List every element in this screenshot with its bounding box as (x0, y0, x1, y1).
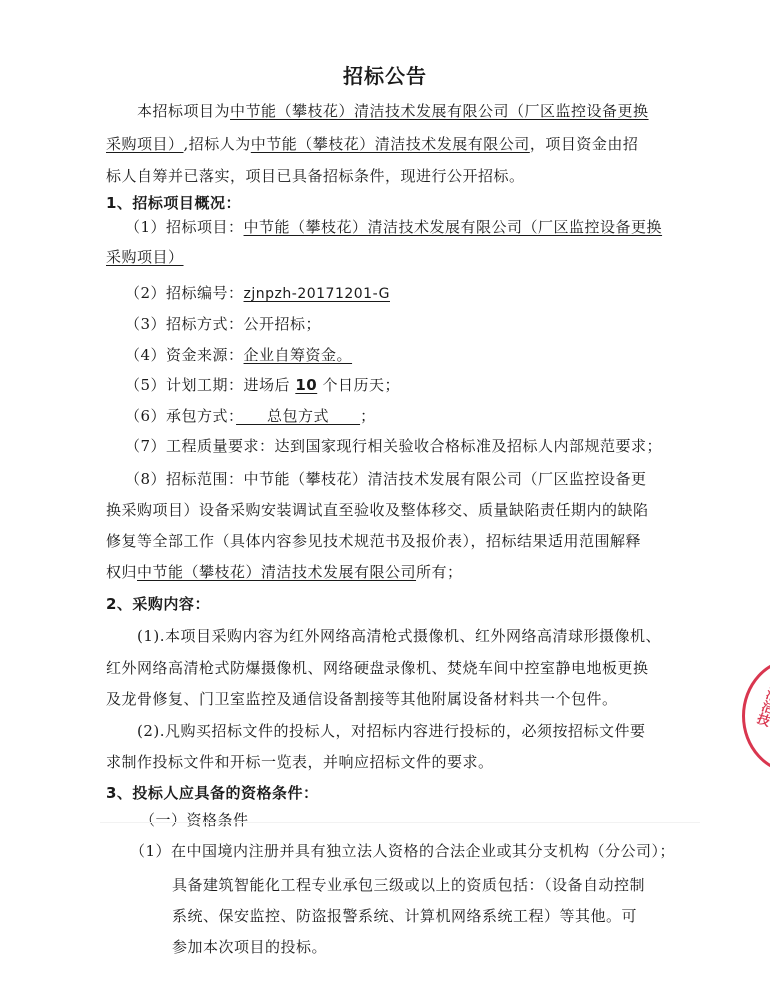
tender-number: zjnpzh-20171201-G (244, 286, 390, 302)
seal-text: 清洁技 (751, 685, 770, 728)
text: 个日历天； (317, 376, 400, 394)
document-page: 招标公告 本招标项目为中节能（攀枝花）清洁技术发展有限公司（厂区监控设备更换 采… (0, 0, 770, 1000)
tenderer-name: 中节能（攀枝花）清洁技术发展有限公司 (251, 135, 530, 153)
document-title: 招标公告 (0, 60, 770, 89)
company-seal-stamp: 清洁技 (742, 658, 770, 774)
item-4: （4）资金来源：企业自筹资金。 (125, 344, 352, 365)
value: 采购项目） (106, 248, 184, 266)
item-8-line-1: （8）招标范围：中节能（攀枝花）清洁技术发展有限公司（厂区监控设备更 (125, 468, 647, 489)
s3-sub-heading: （一）资格条件 (140, 809, 249, 830)
value: 中节能（攀枝花）清洁技术发展有限公司（厂区监控设备更换 (244, 218, 663, 236)
text: ,招标人为 (184, 135, 251, 153)
item-2: （2）招标编号：zjnpzh-20171201-G (125, 282, 390, 303)
s2-p2-line-2: 求制作投标文件和开标一览表，并响应招标文件的要求。 (106, 751, 494, 772)
item-3: （3）招标方式：公开招标； (125, 313, 321, 334)
value: 企业自筹资金。 (244, 346, 353, 364)
text: ； (360, 407, 376, 425)
label: （1）招标项目： (125, 218, 244, 236)
intro-line-2: 采购项目）,招标人为中节能（攀枝花）清洁技术发展有限公司，项目资金由招 (106, 133, 638, 154)
item-8-line-4: 权归中节能（攀枝花）清洁技术发展有限公司所有； (106, 561, 463, 582)
section-3-heading: 3、投标人应具备的资格条件： (106, 782, 318, 803)
item-1-cont: 采购项目） (106, 246, 184, 267)
s2-p1-line-1: (1).本项目采购内容为红外网络高清枪式摄像机、红外网络高清球形摄像机、 (137, 625, 661, 646)
s3-c1-line-4: 参加本次项目的投标。 (172, 936, 327, 957)
item-8-line-2: 换采购项目）设备采购安装调试直至验收及整体移交、质量缺陷责任期内的缺陷 (106, 499, 649, 520)
item-6: （6）承包方式： 总包方式 ； (125, 405, 376, 426)
project-name-underlined: 中节能（攀枝花）清洁技术发展有限公司（厂区监控设备更换 (230, 102, 649, 120)
intro-line-3: 标人自筹并已落实，项目已具备招标条件，现进行公开招标。 (106, 165, 525, 186)
s2-p1-line-2: 红外网络高清枪式防爆摄像机、网络硬盘录像机、焚烧车间中控室静电地板更换 (106, 657, 649, 678)
text: 权归 (106, 563, 137, 581)
item-8-line-3: 修复等全部工作（具体内容参见技术规范书及报价表），招标结果适用范围解释 (106, 530, 641, 551)
label: （6）承包方式： (125, 407, 236, 425)
s3-c1-line-3: 系统、保安监控、防盗报警系统、计算机网络系统工程）等其他。可 (172, 905, 637, 926)
intro-line-1: 本招标项目为中节能（攀枝花）清洁技术发展有限公司（厂区监控设备更换 (137, 100, 649, 121)
value: 总包方式 (236, 407, 360, 425)
item-1: （1）招标项目：中节能（攀枝花）清洁技术发展有限公司（厂区监控设备更换 (125, 216, 662, 237)
text: 所有； (416, 563, 463, 581)
s2-p1-line-3: 及龙骨修复、门卫室监控及通信设备割接等其他附属设备材料共一个包件。 (106, 688, 618, 709)
s3-c1-line-2: 具备建筑智能化工程专业承包三级或以上的资质包括：（设备自动控制 (172, 874, 645, 895)
label: （5）计划工期：进场后 (125, 376, 295, 394)
section-2-heading: 2、采购内容： (106, 593, 210, 614)
text: 本招标项目为 (137, 102, 230, 120)
label: （4）资金来源： (125, 346, 244, 364)
item-5: （5）计划工期：进场后 10 个日历天； (125, 374, 400, 395)
company-name: 中节能（攀枝花）清洁技术发展有限公司 (137, 563, 416, 581)
s3-c1-line-1: （1）在中国境内注册并具有独立法人资格的合法企业或其分支机构（分公司）； (130, 840, 675, 861)
scan-artifact (100, 822, 700, 823)
text: 采购项目） (106, 135, 184, 153)
section-1-heading: 1、招标项目概况： (106, 192, 241, 213)
label: （2）招标编号： (125, 284, 244, 302)
s2-p2-line-1: (2).凡购买招标文件的投标人，对招标内容进行投标的，必须按招标文件要 (137, 720, 646, 741)
duration-days: 10 (295, 376, 317, 394)
text: ，项目资金由招 (530, 135, 639, 153)
item-7: （7）工程质量要求：达到国家现行相关验收合格标准及招标人内部规范要求； (125, 435, 662, 456)
